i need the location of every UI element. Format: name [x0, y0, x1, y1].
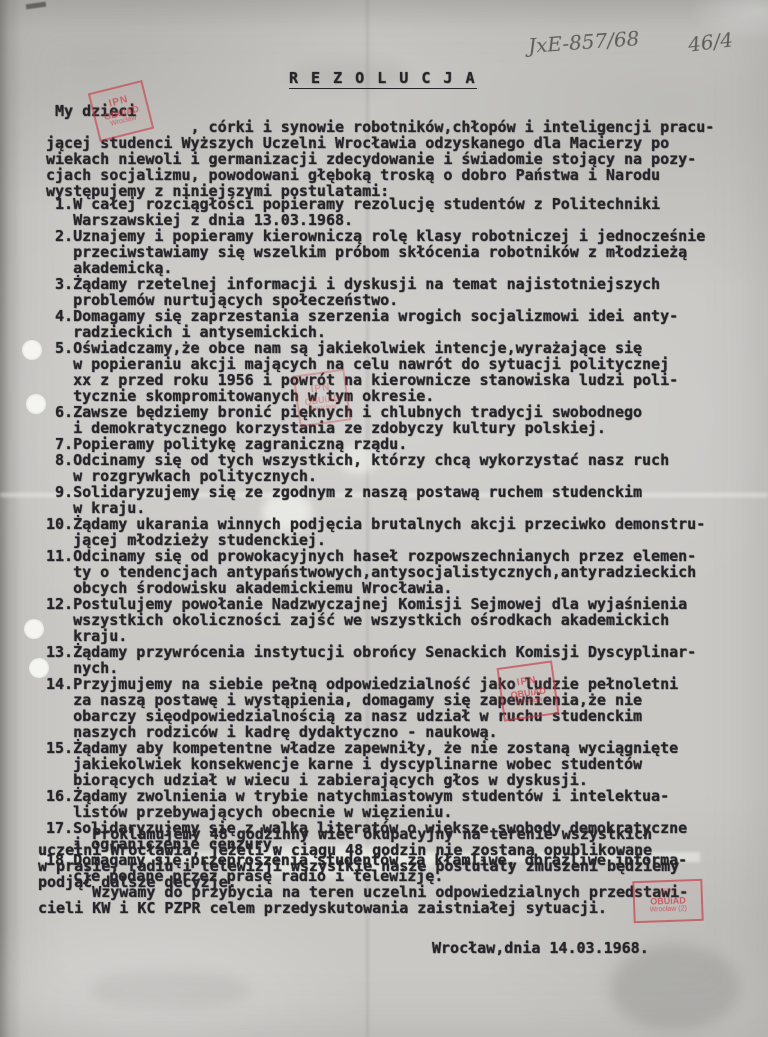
punch-hole [22, 340, 42, 360]
postulates-list: 1.W całej rozciągłości popieramy rezoluc… [46, 196, 705, 884]
ipn-stamp: IPN OBUiAD Wrocław (2) [632, 879, 703, 923]
closing-paragraph-proclamation: Proklamujemy 48 godzinny wiec okupacyjny… [38, 826, 679, 890]
punch-hole [24, 619, 44, 639]
scanned-document-page: { "annotations": { "reference_number": "… [0, 0, 768, 1037]
ipn-stamp-line: Wrocław (2) [650, 906, 687, 915]
postulate-item-6: 6.Zawsze będziemy bronić pięknych i chlu… [46, 404, 705, 436]
ipn-stamp-line: IPN [662, 888, 674, 896]
postulate-item-16: 16.Żądamy zwolnienia w trybie natychmias… [46, 788, 705, 820]
dateline: Wrocław,dnia 14.03.1968. [432, 940, 649, 956]
document-title: R E Z O L U C J A [289, 70, 477, 89]
closing-paragraph-appeal: Wzywamy do przybycia na teren uczelni od… [38, 884, 688, 916]
postulate-item-13: 13.Żądamy przywrócenia instytucji obrońc… [46, 644, 705, 676]
postulate-item-9: 9.Solidaryzujemy się ze zgodnym z naszą … [46, 484, 705, 516]
postulate-item-5: 5.Oświadczamy,że obce nam są jakiekolwie… [46, 340, 705, 404]
punch-hole [26, 394, 46, 414]
postulate-item-7: 7.Popieramy politykę zagraniczną rządu. [46, 436, 705, 452]
ipn-stamp: IPN OBUiAD Wrocław [497, 660, 560, 721]
postulate-item-8: 8.Odcinamy się od tych wszystkich, którz… [46, 452, 705, 484]
intro-paragraph: , córki i synowie robotników,chłopów i i… [46, 119, 714, 199]
postulate-item-1: 1.W całej rozciągłości popieramy rezoluc… [46, 196, 705, 228]
postulate-item-15: 15.Żądamy aby kompetentne władze zapewni… [46, 740, 705, 788]
ipn-stamp-faint: IPN OBUiAD Wrocław [293, 369, 352, 428]
postulate-item-12: 12.Postulujemy powołanie Nadzwyczajnej K… [46, 596, 705, 644]
postulate-item-3: 3.Żądamy rzetelnej informacji i dyskusji… [46, 276, 705, 308]
postulate-item-4: 4.Domagamy się zaprzestania szerzenia wr… [46, 308, 705, 340]
postulate-item-11: 11.Odcinamy się od prowokacyjnych haseł … [46, 548, 705, 596]
postulate-item-14: 14.Przyjmujemy na siebie pełną odpowiedz… [46, 676, 705, 740]
postulate-item-10: 10.Żądamy ukarania winnych podjęcia brut… [46, 516, 705, 548]
postulate-item-2: 2.Uznajemy i popieramy kierowniczą rolę … [46, 228, 705, 276]
